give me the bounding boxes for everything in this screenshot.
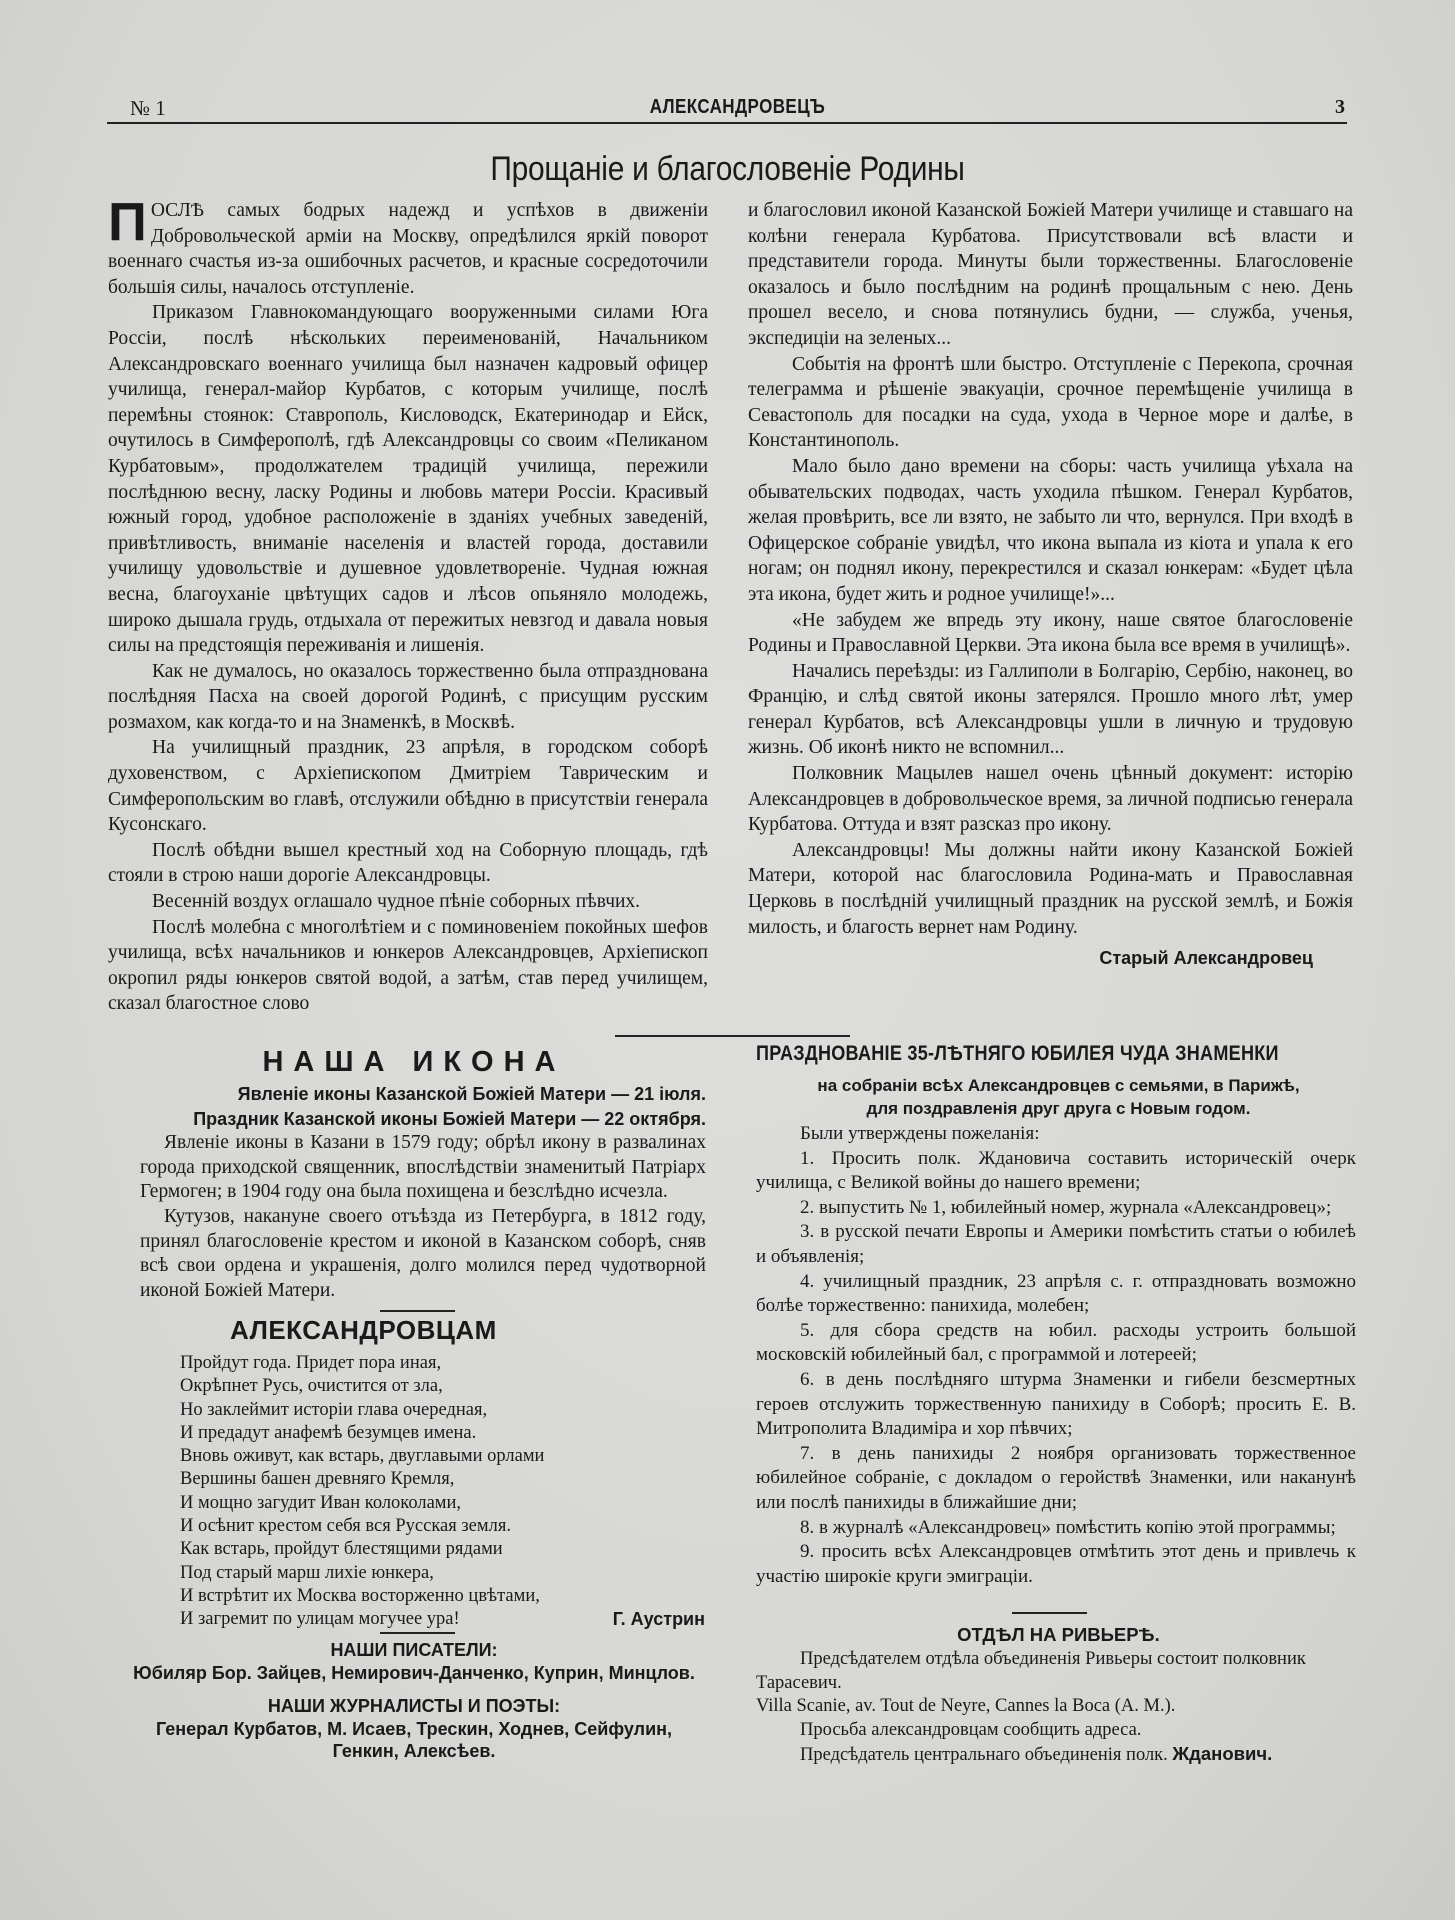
article-title: Прощаніе и благословеніе Родины xyxy=(87,150,1367,189)
our-icon-subtitle: Праздник Казанской иконы Божіей Матери —… xyxy=(140,1107,706,1132)
journalists-names: Генерал Курбатов, М. Исаев, Трескин, Ход… xyxy=(108,1718,720,1741)
list-item: 2. выпустить № 1, юбилейный номер, журна… xyxy=(756,1196,1356,1221)
jubilee-heading: ПРАЗДНОВАНІЕ 35-ЛѢТНЯГО ЮБИЛЕЯ ЧУДА ЗНАМ… xyxy=(756,1042,1276,1066)
poem-title: АЛЕКСАНДРОВЦАМ xyxy=(230,1315,497,1346)
poem-line: И встрѣтит их Москва восторженно цвѣтами… xyxy=(180,1585,705,1608)
header-rule xyxy=(107,122,1347,124)
drop-cap: П xyxy=(108,200,147,244)
riviera-chairman: Предсѣдателем отдѣла объединенія Ривьеры… xyxy=(756,1648,1356,1695)
list-item: 6. в день послѣдняго штурма Знаменки и г… xyxy=(756,1368,1356,1442)
poem-line: Но заклеймит исторіи глава очередная, xyxy=(180,1399,705,1422)
our-icon-section: Явленіе иконы Казанской Божіей Матери — … xyxy=(140,1082,706,1303)
poem-line: И мощно загудит Иван колоколами, xyxy=(180,1492,705,1515)
poem-line: Окрѣпнет Русь, очистится от зла, xyxy=(180,1375,705,1398)
jubilee-list: Были утверждены пожеланія: 1. Просить по… xyxy=(756,1122,1356,1589)
section-divider xyxy=(615,1035,850,1037)
article-paragraph: ПОСЛѢ самых бодрых надежд и успѣхов в дв… xyxy=(108,198,708,300)
article-paragraph: На училищный праздник, 23 апрѣля, в горо… xyxy=(108,735,708,837)
writers-heading: НАШИ ПИСАТЕЛИ: xyxy=(108,1639,720,1662)
our-icon-subtitle: Явленіе иконы Казанской Божіей Матери — … xyxy=(140,1082,706,1107)
page-number: 3 xyxy=(1335,96,1345,119)
article-right-column: и благословил иконой Казанской Божіей Ма… xyxy=(748,198,1353,972)
poem-line: И предадут анафемѣ безумцев имена. xyxy=(180,1422,705,1445)
journalists-names: Генкин, Алексѣев. xyxy=(108,1740,720,1763)
poem-line: Под старый марш лихіе юнкера, xyxy=(180,1562,705,1585)
running-head: № 1 АЛЕКСАНДРОВЕЦЪ 3 xyxy=(130,90,1345,124)
poem-line: Вершины башен древняго Кремля, xyxy=(180,1468,705,1491)
poem: Пройдут года. Придет пора иная, Окрѣпнет… xyxy=(180,1352,705,1632)
article-paragraph: Послѣ молебна с многолѣтіем и с поминове… xyxy=(108,915,708,1017)
article-paragraph: Событія на фронтѣ шли быстро. Отступлені… xyxy=(748,352,1353,454)
article-paragraph: и благословил иконой Казанской Божіей Ма… xyxy=(748,198,1353,352)
short-rule xyxy=(380,1310,455,1312)
article-paragraph: Весенній воздух оглашало чудное пѣніе со… xyxy=(108,889,708,915)
poem-line: И осѣнит крестом себя вся Русская земля. xyxy=(180,1515,705,1538)
issue-number: № 1 xyxy=(130,96,166,121)
journal-title: АЛЕКСАНДРОВЕЦЪ xyxy=(221,96,1254,119)
poem-line: Вновь оживут, как встарь, двуглавыми орл… xyxy=(180,1445,705,1468)
jubilee-intro: Были утверждены пожеланія: xyxy=(756,1122,1356,1147)
list-item: 9. просить всѣх Александровцев отмѣтить … xyxy=(756,1540,1356,1589)
list-item: 8. в журналѣ «Александровец» помѣстить к… xyxy=(756,1516,1356,1541)
riviera-section: Предсѣдателем отдѣла объединенія Ривьеры… xyxy=(756,1648,1356,1768)
short-rule xyxy=(1012,1612,1087,1614)
short-rule xyxy=(380,1632,455,1634)
poem-line: И загремит по улицам могучее ура! Г. Аус… xyxy=(180,1608,705,1631)
newspaper-page: № 1 АЛЕКСАНДРОВЕЦЪ 3 Прощаніе и благосло… xyxy=(0,0,1455,1920)
article-paragraph: Александровцы! Мы должны найти икону Каз… xyxy=(748,838,1353,940)
list-item: 4. училищный праздник, 23 апрѣля с. г. о… xyxy=(756,1270,1356,1319)
writers-section: НАШИ ПИСАТЕЛИ: Юбиляр Бор. Зайцев, Немир… xyxy=(108,1636,720,1763)
list-item: 1. Просить полк. Ждановича составить ист… xyxy=(756,1147,1356,1196)
article-paragraph: Полковник Мацылев нашел очень цѣнный док… xyxy=(748,761,1353,838)
list-item: 5. для сбора средств на юбил. расходы ус… xyxy=(756,1319,1356,1368)
riviera-address: Villa Scanie, av. Tout de Neyre, Cannes … xyxy=(756,1695,1356,1719)
article-paragraph: Как не думалось, но оказалось торжествен… xyxy=(108,659,708,736)
writers-names: Юбиляр Бор. Зайцев, Немирович-Данченко, … xyxy=(108,1662,720,1685)
central-chairman: Предсѣдатель центральнаго объединенія по… xyxy=(756,1742,1356,1768)
article-paragraph: Послѣ обѣдни вышел крестный ход на Собор… xyxy=(108,838,708,889)
riviera-request: Просьба александровцам сообщить адреса. xyxy=(756,1719,1356,1743)
journalists-heading: НАШИ ЖУРНАЛИСТЫ И ПОЭТЫ: xyxy=(108,1695,720,1718)
list-item: 3. в русской печати Европы и Америки пом… xyxy=(756,1220,1356,1269)
poem-line: Пройдут года. Придет пора иная, xyxy=(180,1352,705,1375)
article-signature: Старый Александровец xyxy=(748,946,1353,972)
article-paragraph: Приказом Главнокомандующаго вооруженными… xyxy=(108,300,708,658)
riviera-heading: ОТДѢЛ НА РИВЬЕРѢ. xyxy=(756,1624,1361,1646)
poem-line: Как встарь, пройдут блестящими рядами xyxy=(180,1538,705,1561)
our-icon-heading: НАША ИКОНА xyxy=(108,1046,720,1079)
poem-author: Г. Аустрин xyxy=(613,1608,705,1631)
list-item: 7. в день панихиды 2 ноября организовать… xyxy=(756,1442,1356,1516)
jubilee-subtitle: на собраніи всѣх Александровцев с семьям… xyxy=(756,1074,1361,1120)
article-paragraph: Начались переѣзды: из Галлиполи в Болгар… xyxy=(748,659,1353,761)
article-left-column: ПОСЛѢ самых бодрых надежд и успѣхов в дв… xyxy=(108,198,708,1017)
article-paragraph: «Не забудем же впредь эту икону, наше св… xyxy=(748,608,1353,659)
our-icon-paragraph: Кутузов, накануне своего отъѣзда из Пете… xyxy=(140,1205,706,1303)
our-icon-paragraph: Явленіе иконы в Казани в 1579 году; обрѣ… xyxy=(140,1131,706,1205)
article-paragraph: Мало было дано времени на сборы: часть у… xyxy=(748,454,1353,608)
